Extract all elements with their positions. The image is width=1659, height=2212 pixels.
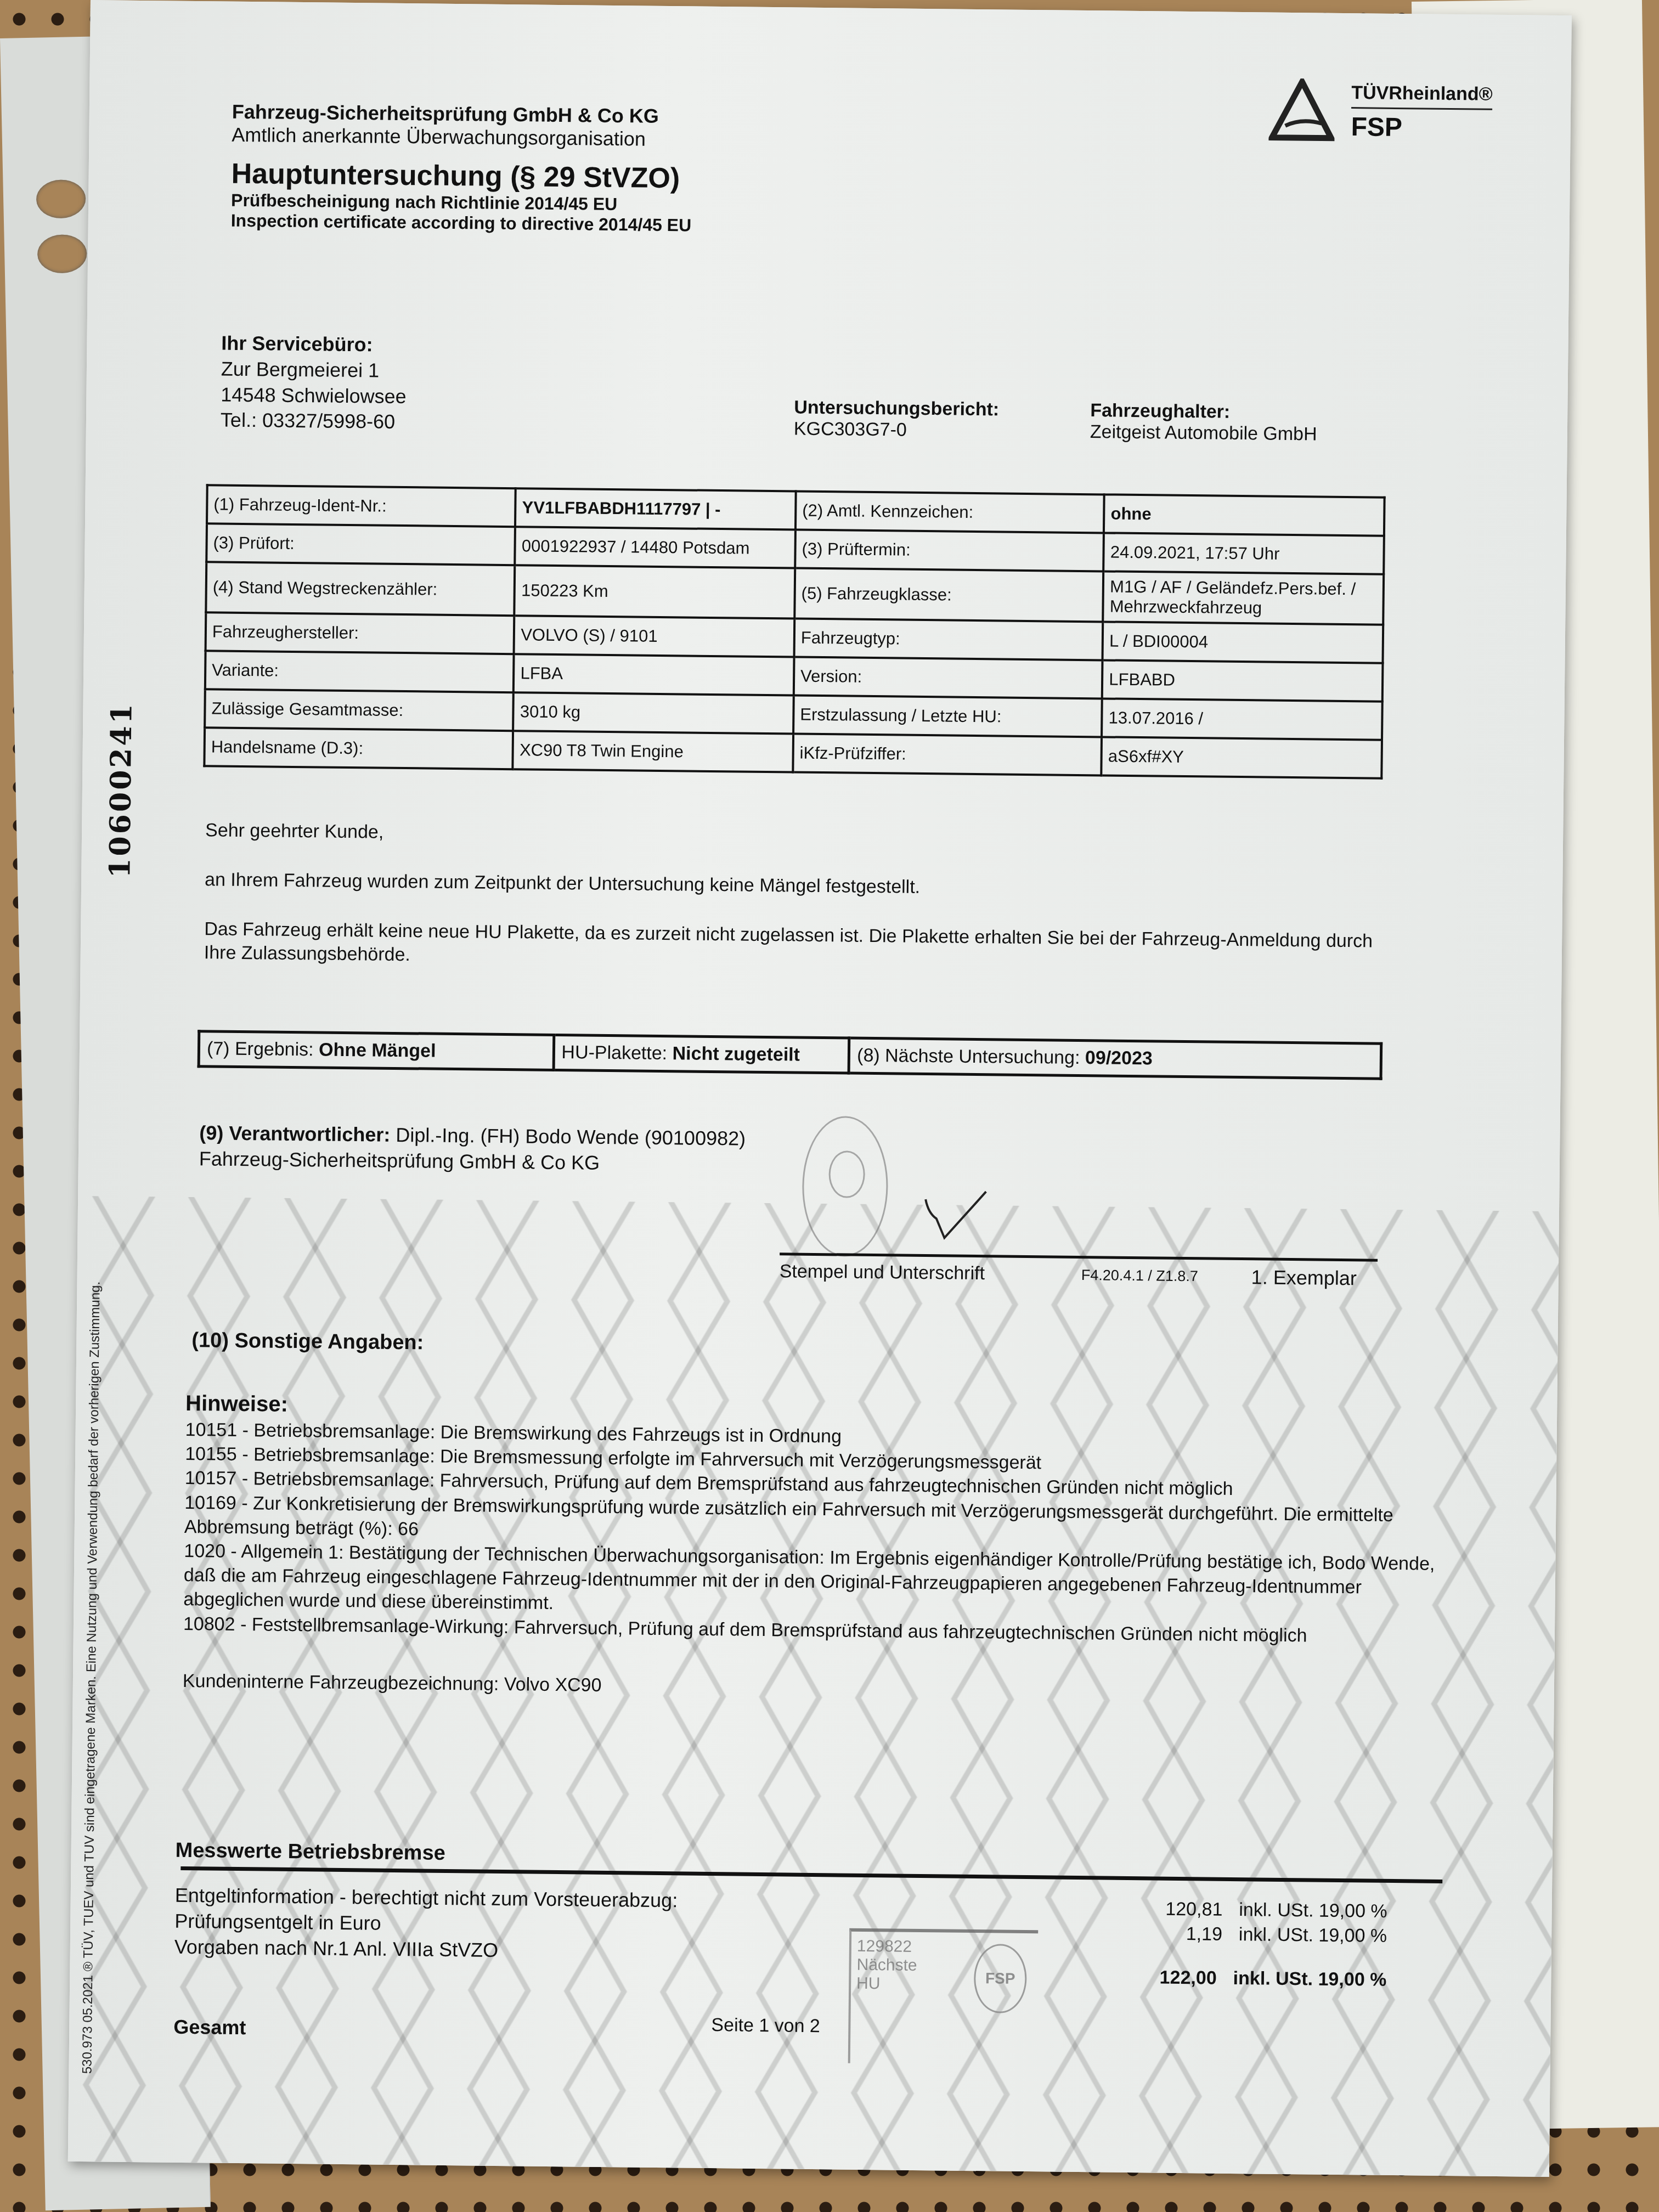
serial-number: 10600241 — [103, 702, 138, 878]
table-cell: Handelsname (D.3): — [204, 727, 513, 769]
fee-line1: 120,81inkl. USt. 19,00 % — [1129, 1898, 1387, 1922]
table-cell: Variante: — [205, 651, 514, 692]
stamp-signature-label: Stempel und Unterschrift — [780, 1261, 985, 1284]
fee-total: 122,00inkl. USt. 19,00 % — [1123, 1967, 1386, 1991]
table-cell: (4) Stand Wegstreckenzähler: — [206, 562, 515, 616]
page-title: Hauptuntersuchung (§ 29 StVZO) — [231, 157, 692, 195]
fee-line2-amount: 1,19 — [1129, 1923, 1222, 1945]
tuv-fsp-logo: TÜVRheinland® FSP — [1268, 78, 1493, 146]
table-cell: YV1LFBABDH1117797 | - — [515, 488, 795, 529]
table-cell: ohne — [1104, 494, 1384, 535]
form-code: F4.20.4.1 / Z1.8.7 — [1081, 1267, 1198, 1285]
table-cell: (5) Fahrzeugklasse: — [794, 568, 1103, 622]
punch-hole — [37, 234, 87, 274]
responsible-name: Dipl.-Ing. (FH) Bodo Wende (90100982) — [390, 1124, 746, 1150]
note-item: 1020 - Allgemein 1: Bestätigung der Tech… — [183, 1539, 1446, 1625]
report-label: Untersuchungsbericht: — [794, 397, 999, 420]
letter-paragraph-1: an Ihrem Fahrzeug wurden zum Zeitpunkt d… — [205, 868, 1412, 904]
service-office: Ihr Servicebüro: Zur Bergmeierei 1 14548… — [221, 331, 407, 436]
result-cell: (7) Ergebnis: Ohne Mängel — [199, 1031, 554, 1070]
table-cell: LFBA — [513, 654, 794, 695]
org-subtitle: Amtlich anerkannte Überwachungsorganisat… — [232, 123, 692, 151]
table-cell: (1) Fahrzeug-Ident-Nr.: — [207, 485, 516, 527]
owner-label: Fahrzeughalter: — [1090, 400, 1317, 424]
table-cell: iKfz-Prüfziffer: — [793, 733, 1102, 775]
table-cell: aS6xf#XY — [1102, 737, 1382, 778]
table-cell: 3010 kg — [513, 692, 793, 733]
table-cell: VOLVO (S) / 9101 — [514, 616, 794, 657]
customer-vehicle-designation: Kundeninterne Fahrzeugbezeichnung: Volvo… — [183, 1669, 1444, 1706]
service-office-heading: Ihr Servicebüro: — [221, 331, 407, 358]
table-cell: Fahrzeughersteller: — [206, 612, 515, 654]
fee-total-label: Gesamt — [173, 2015, 676, 2045]
fsp-stamp-logo: FSP — [974, 1944, 1027, 2013]
table-cell: 24.09.2021, 17:57 Uhr — [1104, 533, 1384, 574]
responsible-label: (9) Verantwortlicher: — [199, 1121, 391, 1146]
service-office-city: 14548 Schwielowsee — [221, 382, 407, 409]
table-cell: XC90 T8 Twin Engine — [513, 731, 793, 772]
report-block: Untersuchungsbericht: KGC303G7-0 — [794, 397, 1000, 442]
greeting: Sehr geehrter Kunde, — [205, 819, 1412, 855]
report-value: KGC303G7-0 — [794, 418, 999, 442]
table-cell: 13.07.2016 / — [1102, 698, 1382, 740]
signature-line — [780, 1252, 1378, 1261]
fee-line1-amount: 120,81 — [1129, 1898, 1222, 1921]
signature — [922, 1188, 989, 1244]
table-cell: (2) Amtl. Kennzeichen: — [795, 492, 1104, 533]
table-cell: (3) Prüfort: — [206, 523, 515, 565]
next-inspection-cell: (8) Nächste Untersuchung: 09/2023 — [849, 1038, 1381, 1079]
table-cell: 150223 Km — [515, 565, 795, 618]
service-office-street: Zur Bergmeierei 1 — [221, 356, 407, 383]
logo-fsp: FSP — [1351, 112, 1492, 144]
responsible-block: (9) Verantwortlicher: Dipl.-Ing. (FH) Bo… — [199, 1120, 746, 1177]
other-info-heading: (10) Sonstige Angaben: — [191, 1329, 424, 1355]
table-cell: L / BDI00004 — [1103, 622, 1383, 663]
owner-block: Fahrzeughalter: Zeitgeist Automobile Gmb… — [1090, 400, 1318, 445]
table-cell: Erstzulassung / Letzte HU: — [793, 695, 1102, 737]
logo-brand: TÜVRheinland® — [1351, 82, 1493, 110]
table-cell: Zulässige Gesamtmasse: — [205, 689, 513, 731]
plakette-cell: HU-Plakette: Nicht zugeteilt — [554, 1035, 849, 1073]
next-inspection-value: 09/2023 — [1085, 1047, 1153, 1069]
result-value: Ohne Mängel — [319, 1039, 436, 1061]
measurements-heading: Messwerte Betriebsbremse — [175, 1839, 445, 1865]
tuv-triangle-icon — [1268, 78, 1335, 145]
letter-paragraph-2: Das Fahrzeug erhält keine neue HU Plaket… — [204, 917, 1384, 977]
vehicle-data-table: (1) Fahrzeug-Ident-Nr.:YV1LFBABDH1117797… — [203, 484, 1385, 779]
header: Fahrzeug-Sicherheitsprüfung GmbH & Co KG… — [231, 100, 693, 236]
fee-block: Entgeltinformation - berechtigt nicht zu… — [173, 1883, 678, 2046]
page-number: Seite 1 von 2 — [711, 2015, 820, 2037]
service-office-phone: Tel.: 03327/5998-60 — [221, 408, 407, 435]
subtitle-en: Inspection certificate according to dire… — [231, 211, 692, 236]
table-cell: 0001922937 / 14480 Potsdam — [515, 527, 795, 568]
notes-block: Hinweise: 10151 - Betriebsbremsanlage: D… — [183, 1389, 1448, 1706]
fee-line2: 1,19inkl. USt. 19,00 % — [1129, 1923, 1387, 1947]
certificate-page: 10600241 530.973 05.2021 ® TÜV, TUEV und… — [68, 0, 1572, 2177]
fee-total-amount: 122,00 — [1123, 1967, 1216, 1989]
fee-line2-label: Vorgaben nach Nr.1 Anl. VIIIa StVZO — [174, 1934, 678, 1965]
table-cell: Version: — [794, 657, 1103, 698]
result-table: (7) Ergebnis: Ohne Mängel HU-Plakette: N… — [198, 1030, 1383, 1080]
table-cell: (3) Prüftermin: — [795, 530, 1104, 572]
plakette-value: Nicht zugeteilt — [672, 1043, 800, 1065]
punch-hole — [36, 179, 86, 219]
copy-label: 1. Exemplar — [1251, 1266, 1357, 1290]
divider-line — [180, 1866, 1442, 1883]
owner-value: Zeitgeist Automobile GmbH — [1090, 421, 1317, 445]
table-cell: LFBABD — [1102, 660, 1383, 701]
official-stamp — [802, 1116, 889, 1257]
hu-stamp: 129822 Nächste HU FSP — [848, 1928, 1039, 2066]
table-cell: M1G / AF / Geländefz.Pers.bef. / Mehrzwe… — [1103, 571, 1384, 624]
legal-notice: 530.973 05.2021 ® TÜV, TUEV und TUV sind… — [80, 1282, 103, 2074]
table-cell: Fahrzeugtyp: — [794, 618, 1103, 660]
